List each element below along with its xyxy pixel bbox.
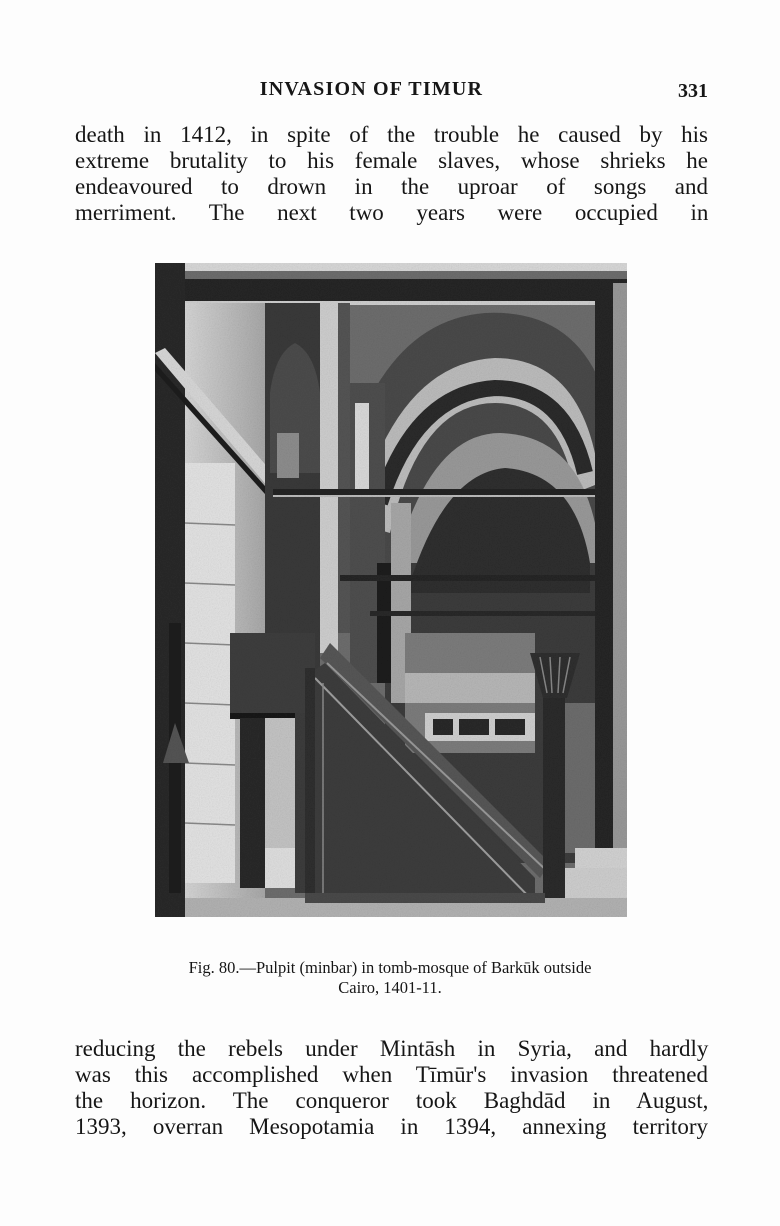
text-line: 1393, overran Mesopotamia in 1394, annex… [75,1114,708,1140]
text-line: extreme brutality to his female slaves, … [75,148,708,174]
figure-caption: Fig. 80.—Pulpit (minbar) in tomb-mosque … [100,958,680,998]
paragraph-bottom: reducing the rebels under Mintāsh in Syr… [75,1036,708,1140]
page-number: 331 [678,80,708,103]
text-line: reducing the rebels under Mintāsh in Syr… [75,1036,708,1062]
figure-photograph [155,263,627,917]
text-line: endeavoured to drown in the uproar of so… [75,174,708,200]
text-line: merriment. The next two years were occup… [75,200,708,226]
text-line: was this accomplished when Tīmūr's invas… [75,1062,708,1088]
running-head: INVASION OF TIMUR 331 [75,78,708,104]
book-page: INVASION OF TIMUR 331 death in 1412, in … [0,0,780,1226]
paragraph-top: death in 1412, in spite of the trouble h… [75,122,708,226]
mosque-interior-image [155,263,627,917]
caption-line: Fig. 80.—Pulpit (minbar) in tomb-mosque … [100,958,680,978]
running-title: INVASION OF TIMUR [75,78,708,101]
text-line: death in 1412, in spite of the trouble h… [75,122,708,148]
text-line: the horizon. The conqueror took Baghdād … [75,1088,708,1114]
caption-line: Cairo, 1401-11. [100,978,680,998]
